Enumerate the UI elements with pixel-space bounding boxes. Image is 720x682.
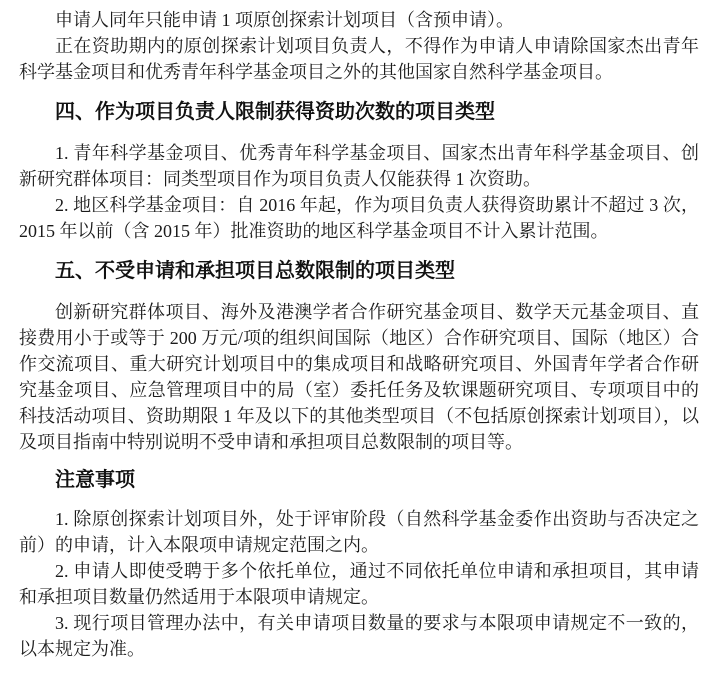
paragraph-note-2-multiple-institutions: 2. 申请人即使受聘于多个依托单位，通过不同依托单位申请和承担项目，其申请和承担… xyxy=(19,558,699,610)
paragraph-note-3-prevailing-rule: 3. 现行项目管理办法中，有关申请项目数量的要求与本限项申请规定不一致的，以本规… xyxy=(19,610,699,662)
section-heading-notes: 注意事项 xyxy=(19,467,699,493)
section-heading-4: 四、作为项目负责人限制获得资助次数的项目类型 xyxy=(19,99,699,125)
section-heading-5: 五、不受申请和承担项目总数限制的项目类型 xyxy=(19,258,699,284)
paragraph-intro-limit: 申请人同年只能申请 1 项原创探索计划项目（含预申请）。 xyxy=(19,7,699,33)
paragraph-item-1-youth-funds: 1. 青年科学基金项目、优秀青年科学基金项目、国家杰出青年科学基金项目、创新研究… xyxy=(19,140,699,192)
paragraph-item-2-regional-fund: 2. 地区科学基金项目：自 2016 年起，作为项目负责人获得资助累计不超过 3… xyxy=(19,192,699,244)
paragraph-funded-pi-restriction: 正在资助期内的原创探索计划项目负责人，不得作为申请人申请除国家杰出青年科学基金项… xyxy=(19,33,699,85)
document-page: 申请人同年只能申请 1 项原创探索计划项目（含预申请）。 正在资助期内的原创探索… xyxy=(0,0,720,682)
paragraph-exempt-project-types: 创新研究群体项目、海外及港澳学者合作研究基金项目、数学天元基金项目、直接费用小于… xyxy=(19,299,699,455)
paragraph-note-1-review-stage: 1. 除原创探索计划项目外，处于评审阶段（自然科学基金委作出资助与否决定之前）的… xyxy=(19,506,699,558)
